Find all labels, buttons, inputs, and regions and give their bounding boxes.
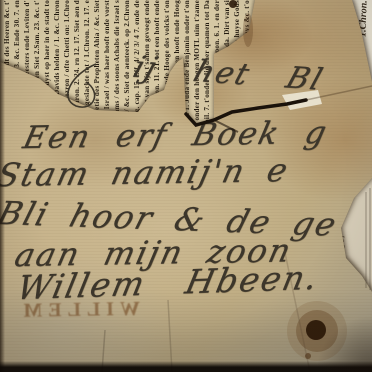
photo-vignette bbox=[0, 0, 372, 372]
manuscript-photo: ge volgd werd in de handt des Heeren &c.… bbox=[0, 0, 372, 372]
